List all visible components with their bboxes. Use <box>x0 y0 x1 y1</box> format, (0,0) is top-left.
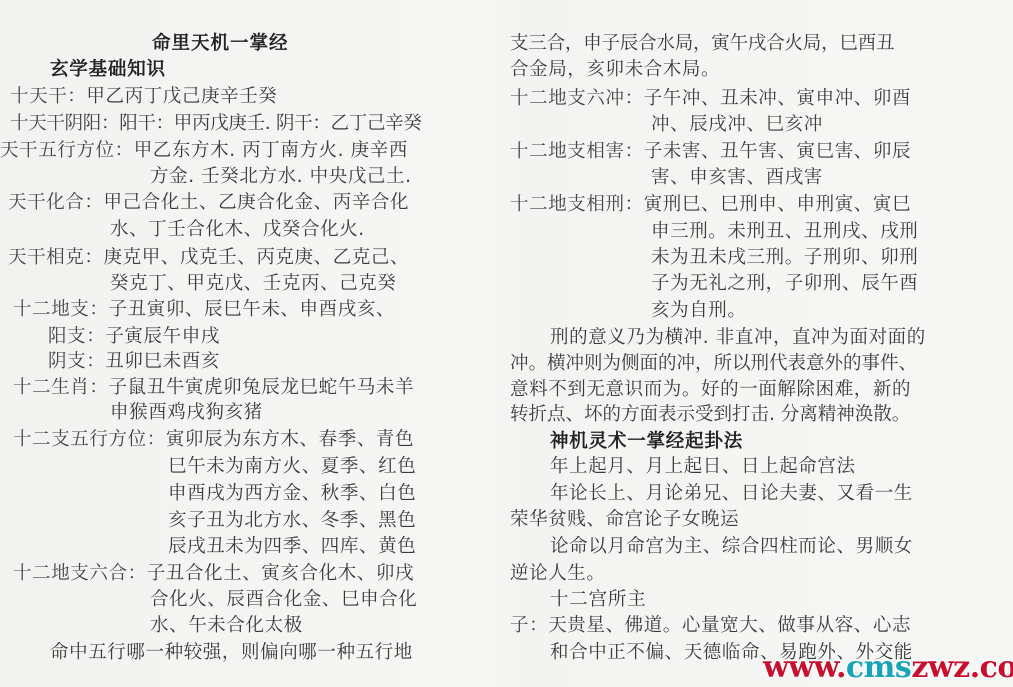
watermark-part-domain: zwz.com <box>911 650 1013 685</box>
line-palace-zi: 子：天贵星、佛道。心量宽大、做事从容、心志 <box>510 613 911 639</box>
section-heading-basics: 玄学基础知识 <box>50 57 166 83</box>
line-five-elements-paragraph: 命中五行哪一种较强，则偏向哪一种五行地 <box>50 640 413 666</box>
line-three-harmonies-cont: 合金局，亥卯未合木局。 <box>510 57 720 83</box>
line-harms-cont: 害、申亥害、酉戌害 <box>651 165 823 191</box>
line-six-harmonies-cont2: 水、午未合化太极 <box>150 613 303 639</box>
line-six-clashes-cont: 冲、辰戌冲、巳亥冲 <box>651 112 823 138</box>
line-stems-overcome: 天干相克：庚克甲、戊克壬、丙克庚、乙克己、 <box>8 245 409 271</box>
line-punishments-cont3: 子为无礼之刑，子卯刑、辰午酉 <box>651 271 918 297</box>
line-harms: 十二地支相害：子未害、丑午害、寅巳害、卯辰 <box>510 139 911 165</box>
line-yang-branches: 阳支：子寅辰午申戌 <box>48 324 220 350</box>
line-punishments-cont4: 亥为自刑。 <box>651 298 747 324</box>
section-heading-divination-method: 神机灵术一掌经起卦法 <box>550 429 743 455</box>
line-method-3-cont: 逆论人生。 <box>510 561 606 587</box>
line-punishments-cont2: 未为丑未戌三刑。子刑卯、卯刑 <box>651 245 918 271</box>
line-six-harmonies: 十二地支六合：子丑合化土、寅亥合化木、卯戌 <box>13 561 414 587</box>
scanned-page: 命里天机一掌经 玄学基础知识 十天干：甲乙丙丁戊己庚辛壬癸 十天干阴阳：阳干：甲… <box>0 0 1013 687</box>
line-punishments-cont1: 申三刑。未刑丑、丑刑戌、戌刑 <box>651 219 918 245</box>
document-title: 命里天机一掌经 <box>152 31 289 57</box>
line-zodiac: 十二生肖：子鼠丑牛寅虎卯兔辰龙巳蛇午马未羊 <box>13 375 414 401</box>
line-ten-stems: 十天干：甲乙丙丁戊己庚辛壬癸 <box>10 84 277 110</box>
line-punishment-meaning-3: 意料不到无意识而为。好的一面解除困难，新的 <box>510 377 911 403</box>
line-branches-four-seasons: 辰戌丑未为四季、四库、黄色 <box>168 534 416 560</box>
line-punishment-meaning-2: 冲。横冲则为侧面的冲，所以刑代表意外的事件、 <box>510 351 917 377</box>
line-method-2-cont: 荣华贫贱、命宫论子女晚运 <box>510 507 739 533</box>
section-heading-twelve-palaces: 十二宫所主 <box>550 587 647 613</box>
line-six-harmonies-cont1: 合化火、辰酉合化金、巳申合化 <box>150 587 417 613</box>
line-method-3: 论命以月命宫为主、综合四柱而论、男顺女 <box>550 534 913 560</box>
line-branches-south: 巳午未为南方火、夏季、红色 <box>168 454 416 480</box>
line-yin-branches: 阴支：丑卯巳未酉亥 <box>48 349 220 375</box>
line-branches-direction: 十二支五行方位：寅卯辰为东方木、春季、青色 <box>13 427 414 453</box>
watermark-part-cms: cms <box>846 650 911 685</box>
watermark-part-www: www. <box>763 650 846 685</box>
line-punishment-meaning-4: 转折点、坏的方面表示受到打击. 分离精神涣散。 <box>510 402 910 428</box>
line-stems-direction: 天干五行方位：甲乙东方木. 丙丁南方火. 庚辛西 <box>0 138 408 164</box>
line-six-clashes: 十二地支六冲：子午冲、丑未冲、寅申冲、卯酉 <box>510 86 911 112</box>
site-watermark: www.cmszwz.com <box>763 651 1013 685</box>
line-branches-north: 亥子丑为北方水、冬季、黑色 <box>168 508 416 534</box>
line-punishments: 十二地支相刑：寅刑巳、巳刑申、申刑寅、寅巳 <box>510 192 911 218</box>
line-three-harmonies: 支三合，申子辰合水局，寅午戌合火局，巳酉丑 <box>510 31 894 57</box>
line-stems-combination: 天干化合：甲己合化土、乙庚合化金、丙辛合化 <box>8 190 409 216</box>
line-stems-direction-cont: 方金. 壬癸北方水. 中央戊己土. <box>150 164 412 190</box>
line-punishment-meaning-1: 刑的意义乃为横冲. 非直冲，直冲为面对面的 <box>550 325 926 351</box>
line-stems-combination-cont: 水、丁壬合化木、戊癸合化火. <box>110 217 365 243</box>
line-twelve-branches: 十二地支：子丑寅卯、辰巳午未、申酉戌亥、 <box>13 297 395 323</box>
line-method-1: 年上起月、月上起日、日上起命宫法 <box>550 454 856 480</box>
line-zodiac-cont: 申猴酉鸡戌狗亥猪 <box>110 400 263 426</box>
line-stems-overcome-cont: 癸克丁、甲克戊、壬克丙、己克癸 <box>110 271 397 297</box>
line-stems-yinyang: 十天干阴阳：阳干：甲丙戊庚壬. 阴干：乙丁己辛癸 <box>10 111 422 137</box>
line-method-2: 年论长上、月论弟兄、日论夫妻、又看一生 <box>550 481 913 507</box>
line-branches-west: 申酉戌为西方金、秋季、白色 <box>168 481 416 507</box>
